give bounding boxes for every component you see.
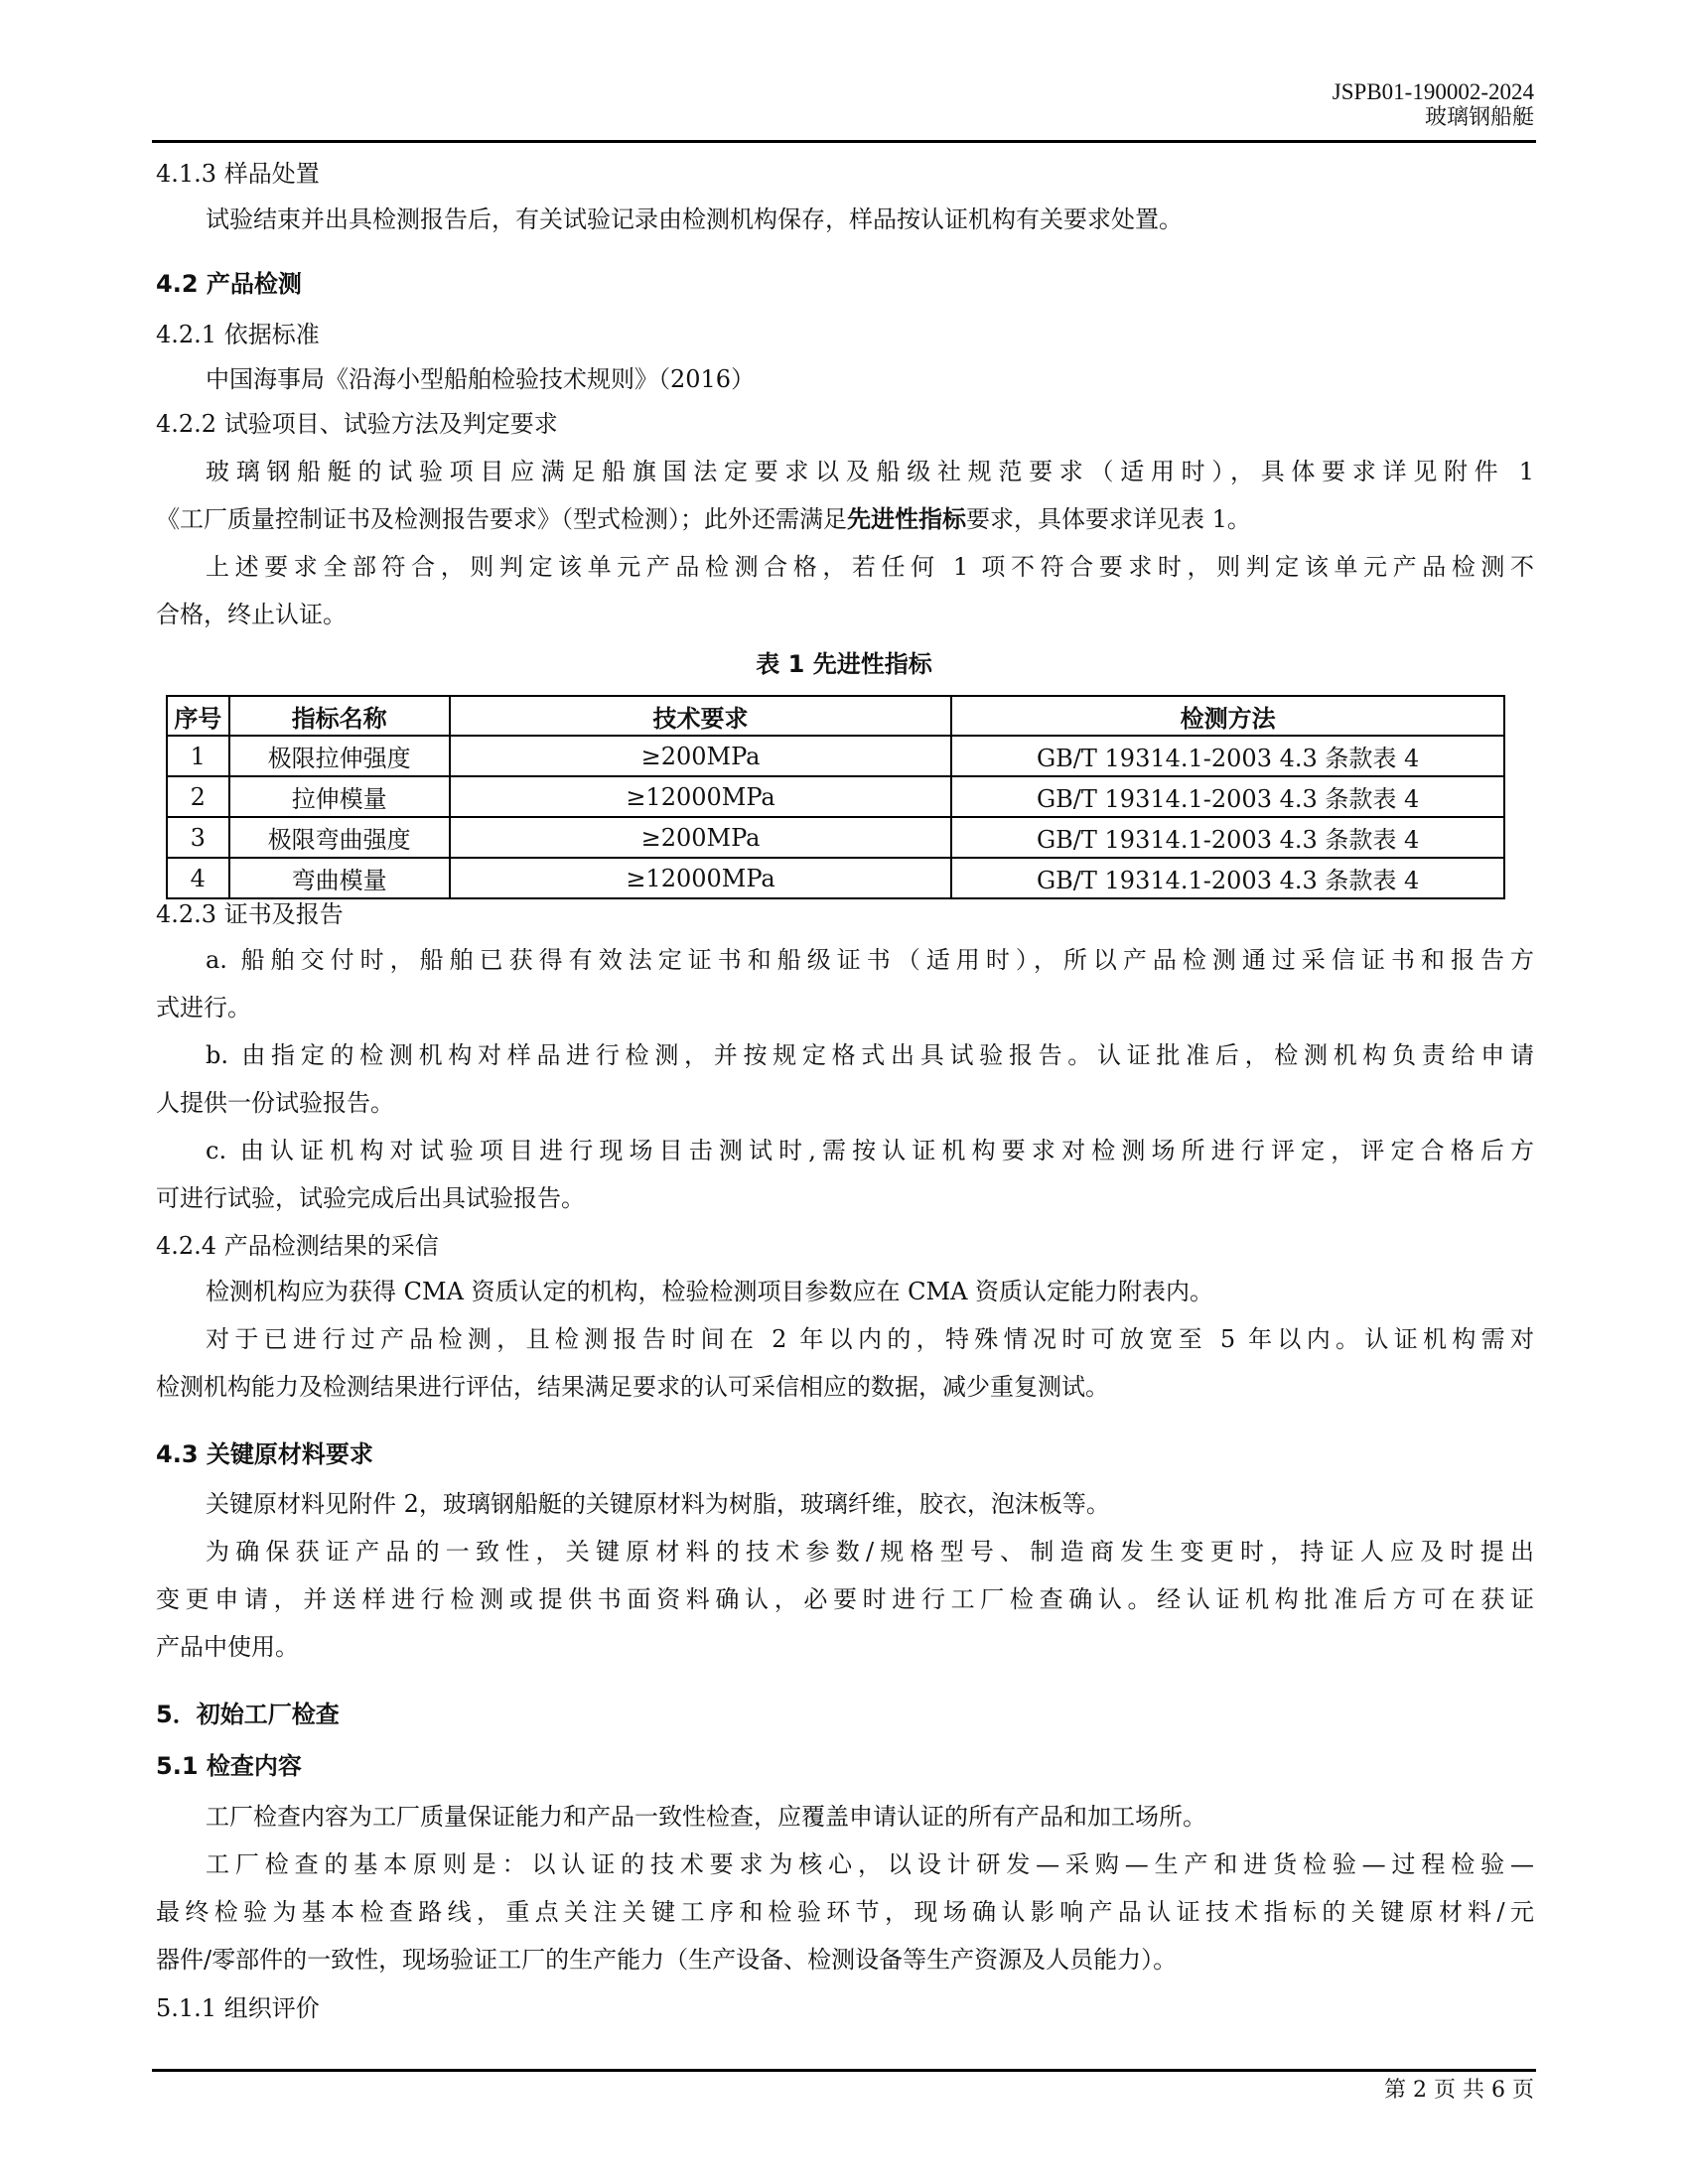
paragraph: 中国海事局《沿海小型船舶检验技术规则》（2016） — [206, 364, 755, 394]
column-header: 序号 — [167, 696, 229, 736]
heading-4-2-2: 4.2.2 试验项目、试验方法及判定要求 — [156, 409, 558, 439]
cell-method: GB/T 19314.1-2003 4.3 条款表 4 — [951, 776, 1504, 817]
paragraph: 最终检验为基本检查路线，重点关注关键工序和检验环节，现场确认影响产品认证技术指标… — [156, 1897, 1534, 1927]
table-row: 2 拉伸模量 ≥12000MPa GB/T 19314.1-2003 4.3 条… — [167, 776, 1504, 817]
paragraph: 试验结束并出具检测报告后，有关试验记录由检测机构保存，样品按认证机构有关要求处置… — [206, 205, 1183, 234]
paragraph-line: 《工厂质量控制证书及检测报告要求》（型式检测）；此外还需满足先进性指标要求，具体… — [156, 504, 1251, 534]
table-row: 3 极限弯曲强度 ≥200MPa GB/T 19314.1-2003 4.3 条… — [167, 817, 1504, 858]
heading-4-1-3: 4.1.3 样品处置 — [156, 159, 320, 189]
bold-term: 先进性指标 — [847, 505, 966, 533]
paragraph: 产品中使用。 — [156, 1632, 299, 1662]
header-doc-code: JSPB01-190002-2024 — [1333, 79, 1534, 105]
column-header: 检测方法 — [951, 696, 1504, 736]
table-row: 4 弯曲模量 ≥12000MPa GB/T 19314.1-2003 4.3 条… — [167, 858, 1504, 898]
table-header-row: 序号 指标名称 技术要求 检测方法 — [167, 696, 1504, 736]
paragraph: 关键原材料见附件 2，玻璃钢船艇的关键原材料为树脂，玻璃纤维，胶衣，泡沫板等。 — [206, 1489, 1110, 1519]
footer-rule — [152, 2069, 1536, 2072]
cell-index: 1 — [167, 736, 229, 776]
header-doc-title: 玻璃钢船艇 — [1425, 105, 1534, 131]
paragraph: b. 由指定的检测机构对样品进行检测，并按规定格式出具试验报告。认证批准后，检测… — [206, 1040, 1534, 1070]
cell-method: GB/T 19314.1-2003 4.3 条款表 4 — [951, 736, 1504, 776]
paragraph: 合格，终止认证。 — [156, 600, 347, 629]
paragraph: 可进行试验，试验完成后出具试验报告。 — [156, 1183, 585, 1213]
document-page: JSPB01-190002-2024 玻璃钢船艇 4.1.3 样品处置 试验结束… — [0, 0, 1688, 2184]
page-number: 第 2 页 共 6 页 — [1384, 2077, 1534, 2105]
cell-name: 弯曲模量 — [229, 858, 450, 898]
paragraph: 玻璃钢船艇的试验项目应满足船旗国法定要求以及船级社规范要求（适用时），具体要求详… — [206, 457, 1534, 486]
paragraph: 上述要求全部符合，则判定该单元产品检测合格，若任何 1 项不符合要求时，则判定该… — [206, 552, 1534, 582]
paragraph: 工厂检查的基本原则是：以认证的技术要求为核心，以设计研发—采购—生产和进货检验—… — [206, 1849, 1534, 1879]
paragraph: 变更申请，并送样进行检测或提供书面资料确认，必要时进行工厂检查确认。经认证机构批… — [156, 1584, 1534, 1614]
heading-4-2-4: 4.2.4 产品检测结果的采信 — [156, 1231, 439, 1261]
advanced-indicators-table: 序号 指标名称 技术要求 检测方法 1 极限拉伸强度 ≥200MPa GB/T … — [166, 695, 1505, 899]
column-header: 技术要求 — [450, 696, 952, 736]
cell-requirement: ≥200MPa — [450, 817, 952, 858]
paragraph-text: 《工厂质量控制证书及检测报告要求》（型式检测）；此外还需满足 — [156, 505, 847, 533]
heading-5: 5．初始工厂检查 — [156, 1700, 340, 1729]
paragraph: c. 由认证机构对试验项目进行现场目击测试时,需按认证机构要求对检测场所进行评定… — [206, 1136, 1534, 1165]
paragraph: 式进行。 — [156, 993, 251, 1023]
cell-index: 4 — [167, 858, 229, 898]
cell-name: 拉伸模量 — [229, 776, 450, 817]
header-rule — [152, 140, 1536, 143]
heading-4-2-1: 4.2.1 依据标准 — [156, 320, 320, 349]
cell-name: 极限拉伸强度 — [229, 736, 450, 776]
paragraph: 器件/零部件的一致性，现场验证工厂的生产能力（生产设备、检测设备等生产资源及人员… — [156, 1945, 1177, 1975]
column-header: 指标名称 — [229, 696, 450, 736]
paragraph: 工厂检查内容为工厂质量保证能力和产品一致性检查，应覆盖申请认证的所有产品和加工场… — [206, 1802, 1206, 1832]
paragraph: 对于已进行过产品检测，且检测报告时间在 2 年以内的，特殊情况时可放宽至 5 年… — [206, 1324, 1534, 1354]
paragraph-text: 要求，具体要求详见表 1。 — [966, 505, 1251, 533]
heading-4-3: 4.3 关键原材料要求 — [156, 1439, 373, 1469]
cell-method: GB/T 19314.1-2003 4.3 条款表 4 — [951, 858, 1504, 898]
cell-index: 2 — [167, 776, 229, 817]
cell-method: GB/T 19314.1-2003 4.3 条款表 4 — [951, 817, 1504, 858]
paragraph: 检测机构应为获得 CMA 资质认定的机构，检验检测项目参数应在 CMA 资质认定… — [206, 1277, 1213, 1306]
paragraph: 检测机构能力及检测结果进行评估，结果满足要求的认可采信相应的数据，减少重复测试。 — [156, 1372, 1109, 1402]
heading-4-2-3: 4.2.3 证书及报告 — [156, 899, 344, 929]
heading-5-1: 5.1 检查内容 — [156, 1751, 302, 1781]
cell-index: 3 — [167, 817, 229, 858]
heading-4-2: 4.2 产品检测 — [156, 269, 302, 299]
table-row: 1 极限拉伸强度 ≥200MPa GB/T 19314.1-2003 4.3 条… — [167, 736, 1504, 776]
heading-5-1-1: 5.1.1 组织评价 — [156, 1993, 320, 2023]
cell-requirement: ≥12000MPa — [450, 776, 952, 817]
paragraph: a. 船舶交付时，船舶已获得有效法定证书和船级证书（适用时），所以产品检测通过采… — [206, 945, 1534, 975]
paragraph: 为确保获证产品的一致性，关键原材料的技术参数/规格型号、制造商发生变更时，持证人… — [206, 1537, 1534, 1567]
cell-requirement: ≥12000MPa — [450, 858, 952, 898]
paragraph: 人提供一份试验报告。 — [156, 1088, 394, 1118]
table-caption: 表 1 先进性指标 — [0, 649, 1688, 679]
cell-requirement: ≥200MPa — [450, 736, 952, 776]
cell-name: 极限弯曲强度 — [229, 817, 450, 858]
